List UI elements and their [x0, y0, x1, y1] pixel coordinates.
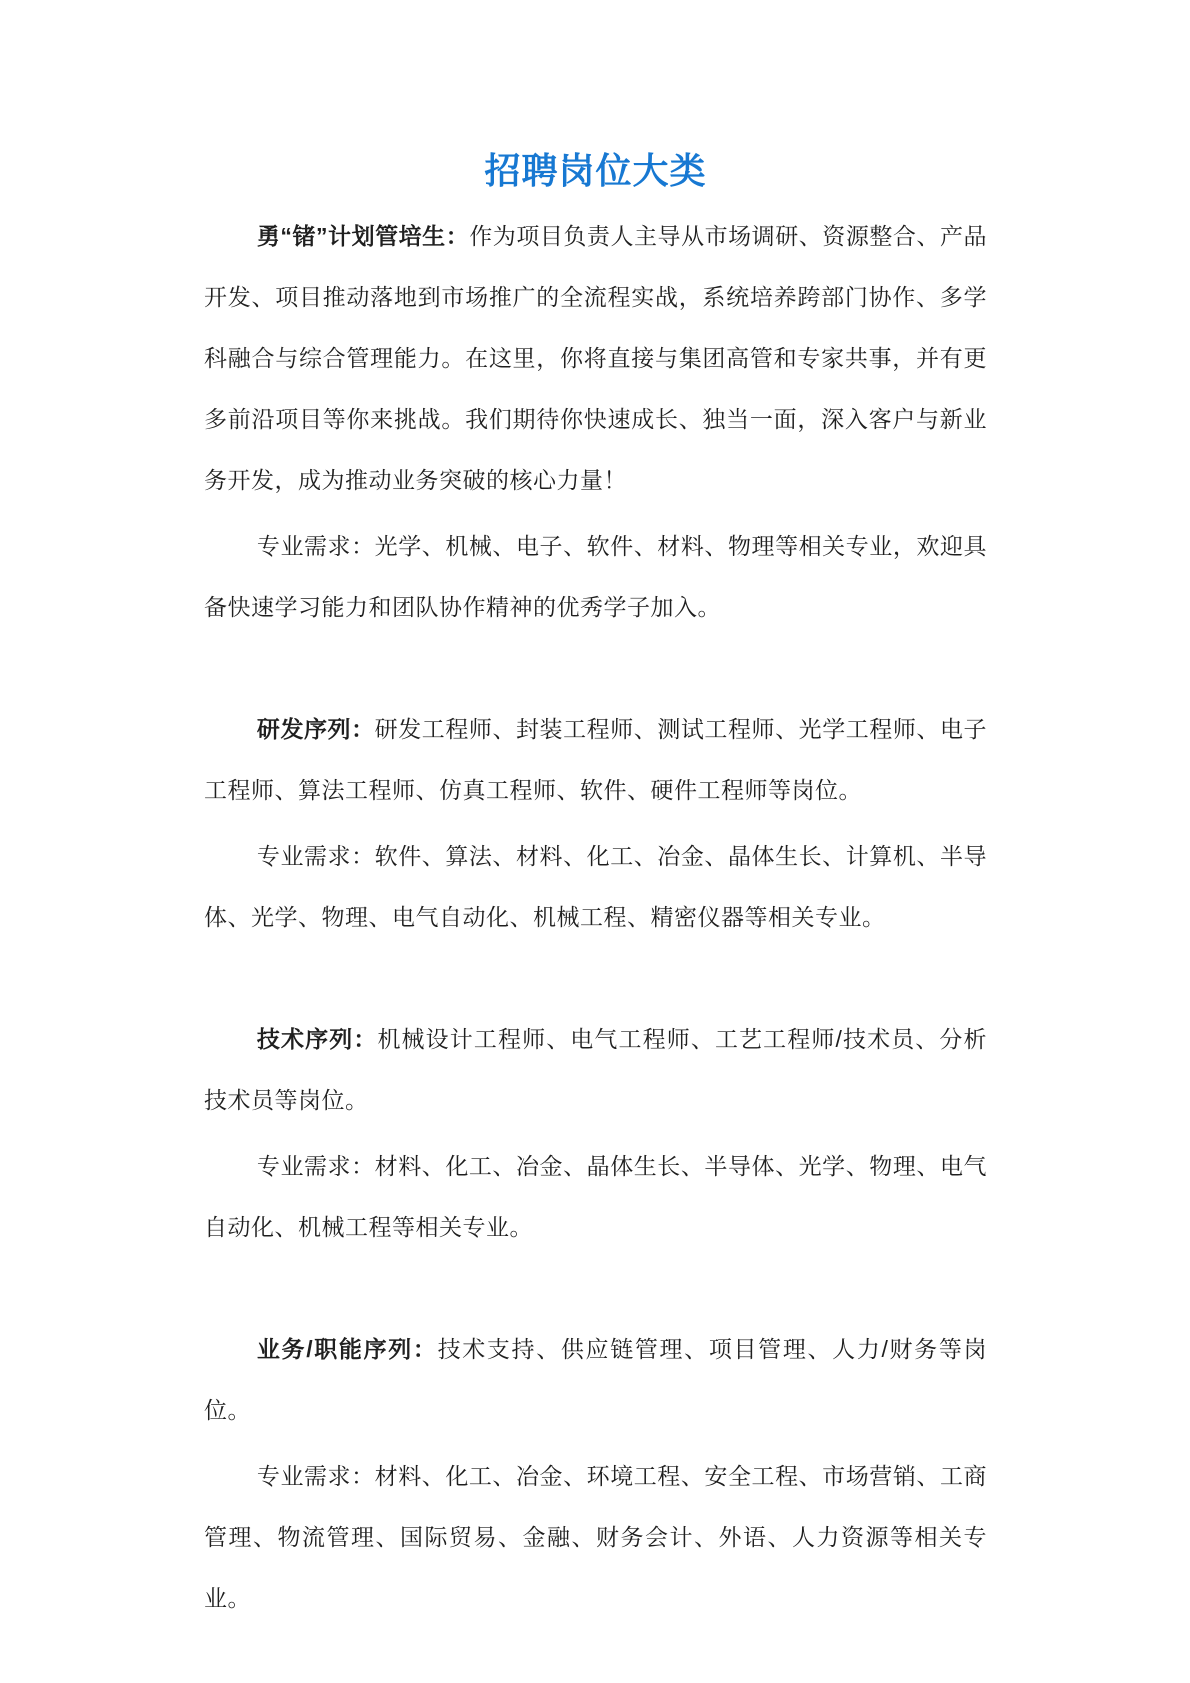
- page-title: 招聘岗位大类: [204, 147, 987, 195]
- paragraph-business-sequence: 业务/职能序列：技术支持、供应链管理、项目管理、人力/财务等岗位。: [204, 1319, 987, 1441]
- paragraph-rnd-sequence: 研发序列：研发工程师、封装工程师、测试工程师、光学工程师、电子工程师、算法工程师…: [204, 699, 987, 821]
- paragraph-tech-sequence-label: 技术序列：: [257, 1026, 378, 1052]
- section-spacer: [204, 643, 987, 699]
- paragraph-tech-sequence: 技术序列：机械设计工程师、电气工程师、工艺工程师/技术员、分析技术员等岗位。: [204, 1009, 987, 1131]
- paragraph-business-majors: 专业需求：材料、化工、冶金、环境工程、安全工程、市场营销、工商管理、物流管理、国…: [204, 1446, 987, 1629]
- paragraph-rnd-sequence-label: 研发序列：: [257, 716, 375, 742]
- section-spacer: [204, 1263, 987, 1319]
- paragraph-mgmt-trainee-majors: 专业需求：光学、机械、电子、软件、材料、物理等相关专业，欢迎具备快速学习能力和团…: [204, 516, 987, 638]
- paragraph-rnd-majors-text: 专业需求：软件、算法、材料、化工、冶金、晶体生长、计算机、半导体、光学、物理、电…: [204, 843, 987, 930]
- paragraph-tech-majors-text: 专业需求：材料、化工、冶金、晶体生长、半导体、光学、物理、电气自动化、机械工程等…: [204, 1153, 987, 1240]
- paragraph-mgmt-trainee-label: 勇“锗”计划管培生：: [257, 223, 469, 249]
- paragraph-business-sequence-label: 业务/职能序列：: [257, 1336, 438, 1362]
- document-body: 勇“锗”计划管培生：作为项目负责人主导从市场调研、资源整合、产品开发、项目推动落…: [204, 206, 987, 1629]
- document-content: 招聘岗位大类 勇“锗”计划管培生：作为项目负责人主导从市场调研、资源整合、产品开…: [204, 147, 987, 1634]
- paragraph-mgmt-trainee-text: 作为项目负责人主导从市场调研、资源整合、产品开发、项目推动落地到市场推广的全流程…: [204, 223, 987, 493]
- paragraph-mgmt-trainee: 勇“锗”计划管培生：作为项目负责人主导从市场调研、资源整合、产品开发、项目推动落…: [204, 206, 987, 511]
- section-spacer: [204, 953, 987, 1009]
- paragraph-rnd-majors: 专业需求：软件、算法、材料、化工、冶金、晶体生长、计算机、半导体、光学、物理、电…: [204, 826, 987, 948]
- paragraph-tech-majors: 专业需求：材料、化工、冶金、晶体生长、半导体、光学、物理、电气自动化、机械工程等…: [204, 1136, 987, 1258]
- paragraph-mgmt-trainee-majors-text: 专业需求：光学、机械、电子、软件、材料、物理等相关专业，欢迎具备快速学习能力和团…: [204, 533, 987, 620]
- paragraph-business-majors-text: 专业需求：材料、化工、冶金、环境工程、安全工程、市场营销、工商管理、物流管理、国…: [204, 1463, 987, 1611]
- document-page: 招聘岗位大类 勇“锗”计划管培生：作为项目负责人主导从市场调研、资源整合、产品开…: [0, 0, 1190, 1683]
